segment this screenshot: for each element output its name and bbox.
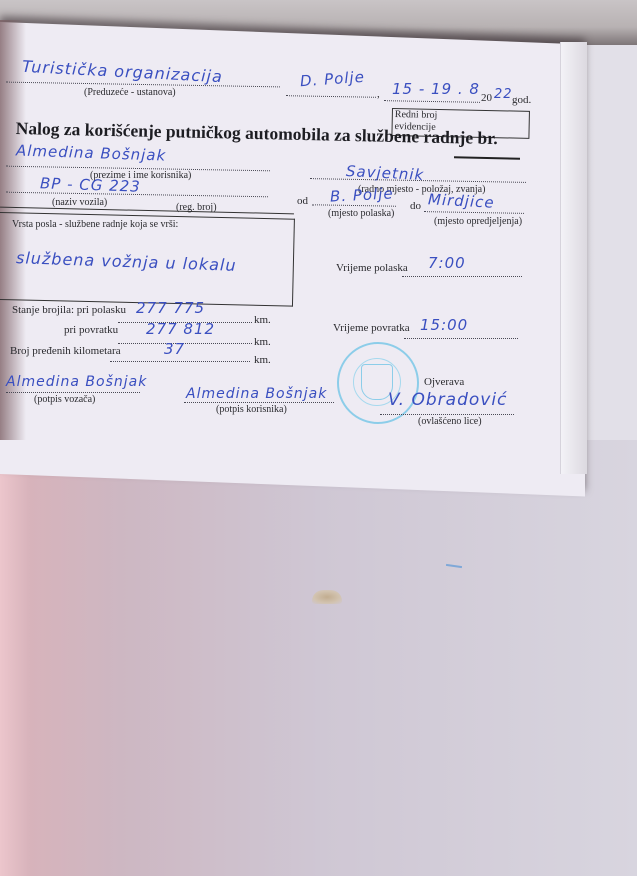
order-number-line[interactable] xyxy=(454,156,520,159)
authorized-label: (ovlašćeno lice) xyxy=(418,416,482,427)
odometer-departure-label: Stanje brojila: pri polasku xyxy=(12,304,126,316)
from-label: (mjesto polaska) xyxy=(328,208,394,219)
authorized-signature: V. Obradović xyxy=(388,390,507,410)
driver-signature: Almedina Bošnjak xyxy=(6,374,147,390)
return-time-value: 15:00 xyxy=(420,316,468,334)
date-line xyxy=(384,100,480,103)
odometer-departure-unit: km. xyxy=(254,314,271,326)
total-km-unit: km. xyxy=(254,354,271,366)
odometer-departure-value: 277 775 xyxy=(136,299,205,317)
comma: , xyxy=(377,88,380,100)
authorized-signature-line xyxy=(380,414,514,415)
departure-time-label: Vrijeme polaska xyxy=(336,262,408,274)
place-line xyxy=(286,95,376,98)
return-time-line xyxy=(404,338,518,339)
odometer-return-value: 277 812 xyxy=(146,320,215,338)
travel-order-form: Turistička organizacija (Preduzeće - ust… xyxy=(0,0,637,876)
odometer-return-label: pri povratku xyxy=(64,324,118,336)
total-km-value: 37 xyxy=(164,340,185,358)
odometer-return-unit: km. xyxy=(254,336,271,348)
driver-signature-line xyxy=(6,392,140,393)
driver-signature-label: (potpis vozača) xyxy=(34,394,95,405)
total-km-label: Broj pređenih kilometara xyxy=(10,345,121,357)
user-signature-line xyxy=(184,402,334,403)
vehicle-name-label: (naziv vozila) xyxy=(52,197,107,208)
year-prefix: 20 xyxy=(481,92,492,104)
ink-mark xyxy=(446,564,462,568)
user-signature: Almedina Bošnjak xyxy=(186,386,327,402)
date-value: 15 - 19 . 8 xyxy=(392,80,480,98)
total-km-line xyxy=(110,361,250,362)
purpose-label: Vrsta posla - službene radnje koja se vr… xyxy=(12,219,178,230)
place-value: D. Polje xyxy=(299,68,365,90)
paper-stain xyxy=(312,590,342,604)
return-time-label: Vrijeme povratka xyxy=(333,322,410,334)
user-signature-label: (potpis korisnika) xyxy=(216,404,287,415)
verify-heading: Ojverava xyxy=(424,376,464,388)
organization-label: (Preduzeće - ustanova) xyxy=(84,87,176,98)
from-line xyxy=(312,204,396,206)
departure-time-value: 7:00 xyxy=(428,254,466,272)
official-stamp xyxy=(337,342,419,424)
year-value: 22 xyxy=(494,87,513,102)
year-suffix: god. xyxy=(512,94,531,106)
departure-time-line xyxy=(402,276,522,277)
to-label: (mjesto opredjeljenja) xyxy=(434,216,522,227)
to-line xyxy=(424,211,524,214)
to-value: Mirdjice xyxy=(428,190,495,211)
from-prefix: od xyxy=(297,195,308,207)
from-value: B. Polje xyxy=(330,184,394,205)
user-name-value: Almedina Bošnjak xyxy=(16,141,167,164)
to-prefix: do xyxy=(410,200,421,212)
